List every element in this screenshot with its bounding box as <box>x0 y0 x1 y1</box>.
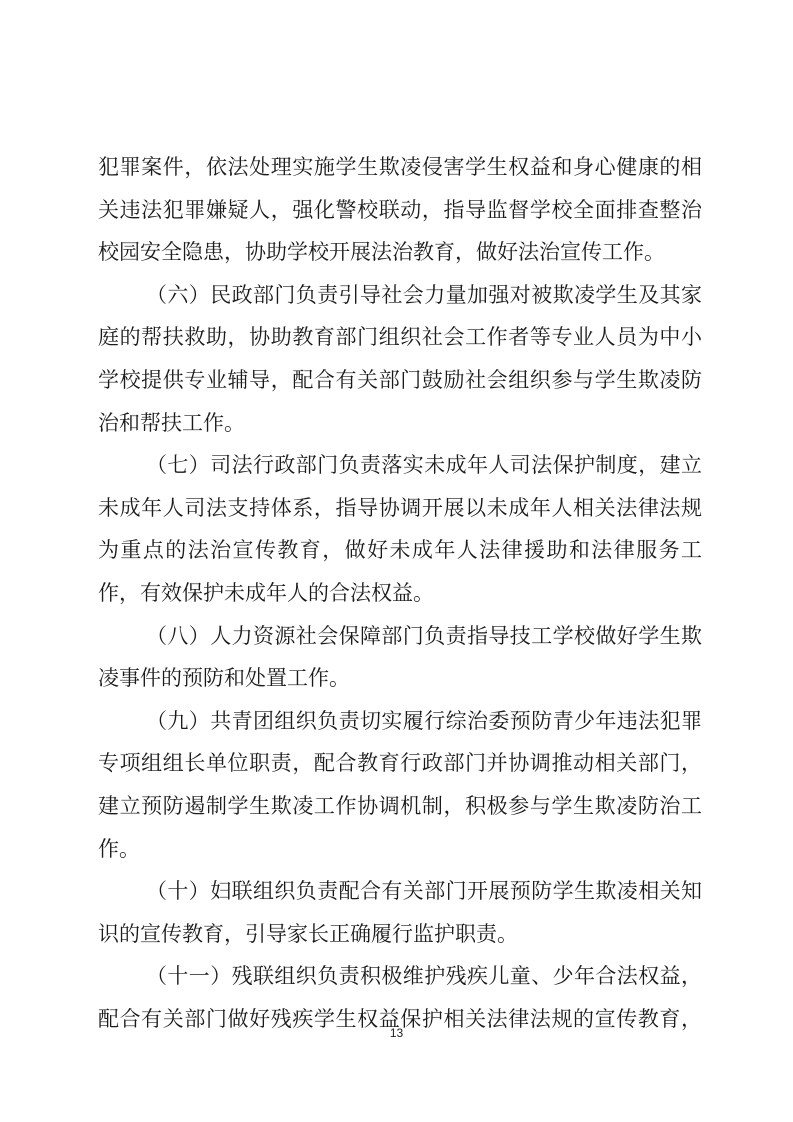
text-line: （十一）残联组织负责积极维护残疾儿童、少年合法权益， <box>98 955 702 998</box>
text-line: （十）妇联组织负责配合有关部门开展预防学生欺凌相关知 <box>98 870 702 913</box>
text-line: 犯罪案件，依法处理实施学生欺凌侵害学生权益和身心健康的相 <box>98 146 702 189</box>
text-line: 识的宣传教育，引导家长正确履行监护职责。 <box>98 913 702 956</box>
paragraph-civil-affairs: （六）民政部门负责引导社会力量加强对被欺凌学生及其家 庭的帮扶救助，协助教育部门… <box>98 274 702 444</box>
text-line: （九）共青团组织负责切实履行综治委预防青少年违法犯罪 <box>98 700 702 743</box>
text-line: （七）司法行政部门负责落实未成年人司法保护制度，建立 <box>98 444 702 487</box>
text-line: （八）人力资源社会保障部门负责指导技工学校做好学生欺 <box>98 615 702 658</box>
text-line: 未成年人司法支持体系，指导协调开展以未成年人相关法律法规 <box>98 487 702 530</box>
paragraph-human-resources: （八）人力资源社会保障部门负责指导技工学校做好学生欺 凌事件的预防和处置工作。 <box>98 615 702 700</box>
text-line: 关违法犯罪嫌疑人，强化警校联动，指导监督学校全面排查整治 <box>98 189 702 232</box>
text-line: 治和帮扶工作。 <box>98 402 702 445</box>
paragraph-womens-federation: （十）妇联组织负责配合有关部门开展预防学生欺凌相关知 识的宣传教育，引导家长正确… <box>98 870 702 955</box>
text-line: 凌事件的预防和处置工作。 <box>98 657 702 700</box>
text-line: 作，有效保护未成年人的合法权益。 <box>98 572 702 615</box>
text-line: 学校提供专业辅导，配合有关部门鼓励社会组织参与学生欺凌防 <box>98 359 702 402</box>
text-line: （六）民政部门负责引导社会力量加强对被欺凌学生及其家 <box>98 274 702 317</box>
text-line: 校园安全隐患，协助学校开展法治教育，做好法治宣传工作。 <box>98 231 702 274</box>
text-line: 建立预防遏制学生欺凌工作协调机制，积极参与学生欺凌防治工 <box>98 785 702 828</box>
paragraph-continued: 犯罪案件，依法处理实施学生欺凌侵害学生权益和身心健康的相 关违法犯罪嫌疑人，强化… <box>98 146 702 274</box>
paragraph-judicial-administration: （七）司法行政部门负责落实未成年人司法保护制度，建立 未成年人司法支持体系，指导… <box>98 444 702 614</box>
page-number: 13 <box>0 1026 793 1040</box>
text-line: 为重点的法治宣传教育，做好未成年人法律援助和法律服务工 <box>98 529 702 572</box>
text-line: 庭的帮扶救助，协助教育部门组织社会工作者等专业人员为中小 <box>98 316 702 359</box>
text-line: 作。 <box>98 828 702 871</box>
document-page: 犯罪案件，依法处理实施学生欺凌侵害学生权益和身心健康的相 关违法犯罪嫌疑人，强化… <box>98 146 702 1040</box>
paragraph-youth-league: （九）共青团组织负责切实履行综治委预防青少年违法犯罪 专项组组长单位职责，配合教… <box>98 700 702 870</box>
text-line: 专项组组长单位职责，配合教育行政部门并协调推动相关部门， <box>98 742 702 785</box>
